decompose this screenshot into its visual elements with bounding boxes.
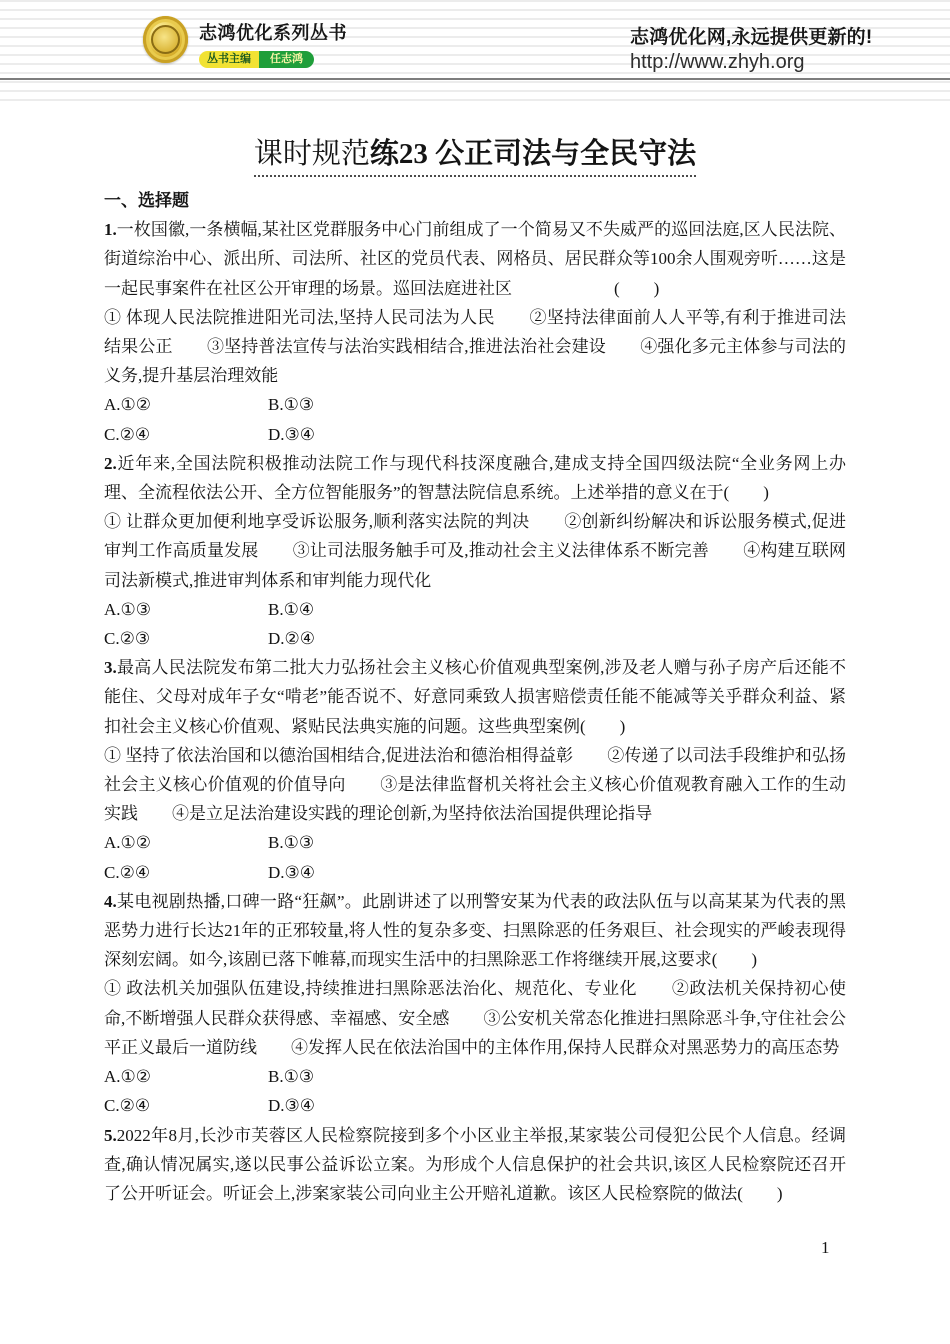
publisher-medal-icon bbox=[143, 16, 188, 63]
question-items: ① 体现人民法院推进阳光司法,坚持人民司法为人民 ②坚持法律面前人人平等,有利于… bbox=[104, 303, 846, 391]
option-b: B.①③ bbox=[268, 828, 314, 857]
question-number: 5. bbox=[104, 1126, 117, 1145]
editor-badge-label: 丛书主编 bbox=[199, 51, 259, 68]
option-a: A.①② bbox=[104, 828, 268, 857]
section-heading: 一、选择题 bbox=[104, 186, 846, 215]
question-stem: 3.最高人民法院发布第二批大力弘扬社会主义核心价值观典型案例,涉及老人赠与孙子房… bbox=[104, 653, 846, 741]
option-d: D.③④ bbox=[268, 858, 315, 887]
question-stem-text: 2022年8月,长沙市芙蓉区人民检察院接到多个小区业主举报,某家装公司侵犯公民个… bbox=[104, 1126, 846, 1203]
doc-title: 课时规范练23 公正司法与全民守法 bbox=[0, 137, 950, 177]
question-stem: 4.某电视剧热播,口碑一路“狂飙”。此剧讲述了以刑警安某为代表的政法队伍与以高某… bbox=[104, 887, 846, 975]
question-1: 1.一枚国徽,一条横幅,某社区党群服务中心门前组成了一个简易又不失威严的巡回法庭… bbox=[104, 215, 846, 449]
question-number: 1. bbox=[104, 220, 117, 239]
option-c: C.②④ bbox=[104, 858, 268, 887]
question-number: 2. bbox=[104, 454, 117, 473]
series-title: 志鸿优化系列丛书 bbox=[199, 19, 347, 45]
site-slogan: 志鸿优化网,永远提供更新的! bbox=[630, 22, 872, 49]
question-number: 4. bbox=[104, 892, 117, 911]
option-b: B.①③ bbox=[268, 1062, 314, 1091]
options-row: A.①②B.①③ bbox=[104, 390, 846, 419]
page-number: 1 bbox=[821, 1238, 830, 1258]
header-divider bbox=[0, 78, 950, 80]
option-a: A.①② bbox=[104, 1062, 268, 1091]
editor-badge: 丛书主编 任志鸿 bbox=[199, 51, 314, 68]
question-stem-text: 最高人民法院发布第二批大力弘扬社会主义核心价值观典型案例,涉及老人赠与孙子房产后… bbox=[104, 658, 846, 735]
document-body: 一、选择题 1.一枚国徽,一条横幅,某社区党群服务中心门前组成了一个简易又不失威… bbox=[104, 186, 846, 1208]
question-items: ① 坚持了依法治国和以德治国相结合,促进法治和德治相得益彰 ②传递了以司法手段维… bbox=[104, 741, 846, 829]
question-stem-text: 一枚国徽,一条横幅,某社区党群服务中心门前组成了一个简易又不失威严的巡回法庭,区… bbox=[104, 220, 846, 297]
option-c: C.②③ bbox=[104, 624, 268, 653]
question-5: 5.2022年8月,长沙市芙蓉区人民检察院接到多个小区业主举报,某家装公司侵犯公… bbox=[104, 1121, 846, 1209]
option-a: A.①③ bbox=[104, 595, 268, 624]
options-row: A.①②B.①③ bbox=[104, 828, 846, 857]
question-stem-text: 某电视剧热播,口碑一路“狂飙”。此剧讲述了以刑警安某为代表的政法队伍与以高某某为… bbox=[104, 892, 846, 969]
doc-title-underline: 课时规范练23 公正司法与全民守法 bbox=[254, 137, 696, 177]
options-row: C.②③D.②④ bbox=[104, 624, 846, 653]
option-c: C.②④ bbox=[104, 420, 268, 449]
option-c: C.②④ bbox=[104, 1091, 268, 1120]
option-b: B.①④ bbox=[268, 595, 314, 624]
doc-title-prefix: 课时规范 bbox=[254, 138, 370, 170]
question-number: 3. bbox=[104, 658, 117, 677]
question-items: ① 让群众更加便利地享受诉讼服务,顺利落实法院的判决 ②创新纠纷解决和诉讼服务模… bbox=[104, 507, 846, 595]
question-stem: 5.2022年8月,长沙市芙蓉区人民检察院接到多个小区业主举报,某家装公司侵犯公… bbox=[104, 1121, 846, 1209]
publisher-header: 志鸿优化系列丛书 丛书主编 任志鸿 志鸿优化网,永远提供更新的! http://… bbox=[0, 0, 950, 102]
option-d: D.②④ bbox=[268, 624, 315, 653]
doc-title-main: 练23 公正司法与全民守法 bbox=[370, 138, 696, 170]
option-d: D.③④ bbox=[268, 1091, 315, 1120]
question-items: ① 政法机关加强队伍建设,持续推进扫黑除恶法治化、规范化、专业化 ②政法机关保持… bbox=[104, 974, 846, 1062]
site-url: http://www.zhyh.org bbox=[630, 51, 872, 74]
options-row: A.①②B.①③ bbox=[104, 1062, 846, 1091]
option-d: D.③④ bbox=[268, 420, 315, 449]
question-3: 3.最高人民法院发布第二批大力弘扬社会主义核心价值观典型案例,涉及老人赠与孙子房… bbox=[104, 653, 846, 887]
question-stem-text: 近年来,全国法院积极推动法院工作与现代科技深度融合,建成支持全国四级法院“全业务… bbox=[104, 454, 846, 502]
question-stem: 2.近年来,全国法院积极推动法院工作与现代科技深度融合,建成支持全国四级法院“全… bbox=[104, 449, 846, 507]
option-b: B.①③ bbox=[268, 390, 314, 419]
options-row: C.②④D.③④ bbox=[104, 420, 846, 449]
question-stem: 1.一枚国徽,一条横幅,某社区党群服务中心门前组成了一个简易又不失威严的巡回法庭… bbox=[104, 215, 846, 303]
publisher-brand-text: 志鸿优化系列丛书 丛书主编 任志鸿 bbox=[199, 16, 347, 68]
options-row: C.②④D.③④ bbox=[104, 858, 846, 887]
question-2: 2.近年来,全国法院积极推动法院工作与现代科技深度融合,建成支持全国四级法院“全… bbox=[104, 449, 846, 653]
editor-badge-name: 任志鸿 bbox=[259, 51, 314, 68]
question-4: 4.某电视剧热播,口碑一路“狂飙”。此剧讲述了以刑警安某为代表的政法队伍与以高某… bbox=[104, 887, 846, 1121]
options-row: C.②④D.③④ bbox=[104, 1091, 846, 1120]
site-info: 志鸿优化网,永远提供更新的! http://www.zhyh.org bbox=[630, 22, 872, 74]
options-row: A.①③B.①④ bbox=[104, 595, 846, 624]
worksheet-page: { "header": { "series_title": "志鸿优化系列丛书"… bbox=[0, 0, 950, 1344]
option-a: A.①② bbox=[104, 390, 268, 419]
publisher-brand: 志鸿优化系列丛书 丛书主编 任志鸿 bbox=[143, 16, 347, 68]
